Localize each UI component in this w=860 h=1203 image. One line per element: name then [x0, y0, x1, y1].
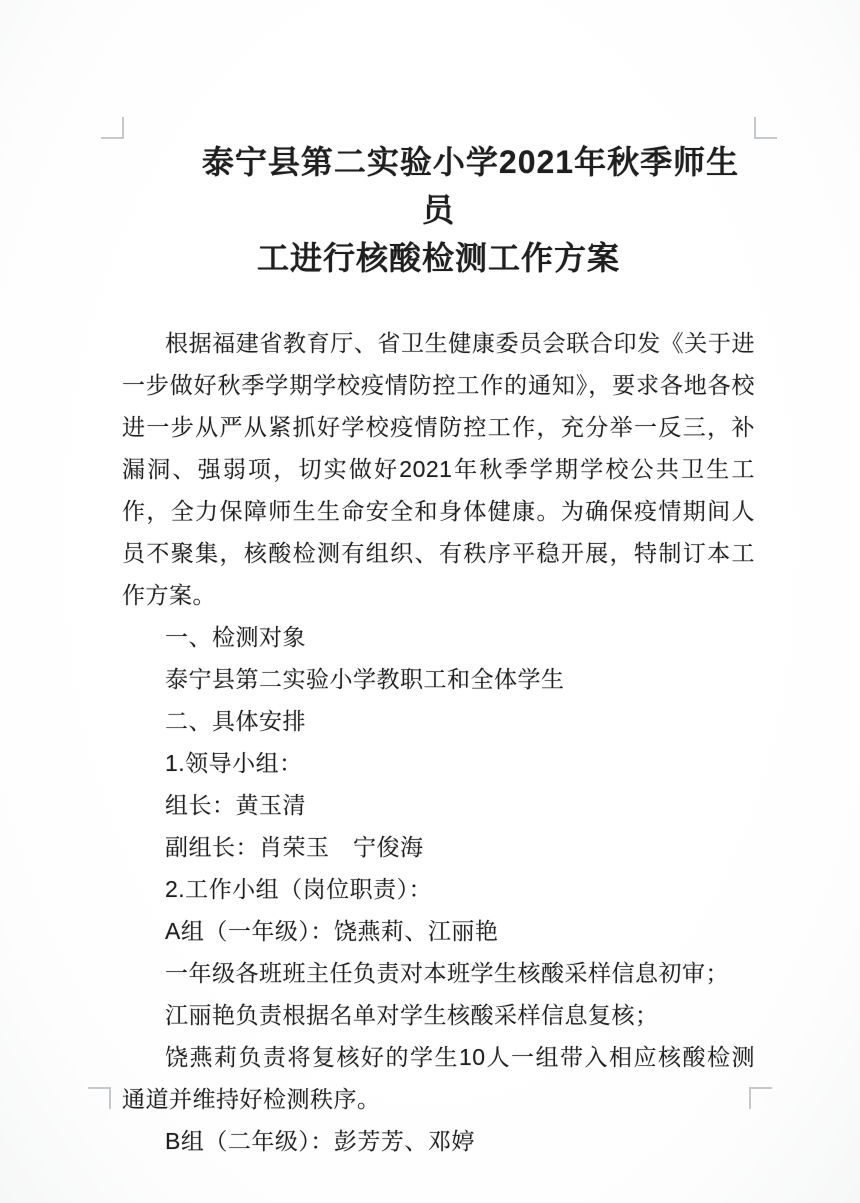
paragraph-test-targets: 泰宁县第二实验小学教职工和全体学生 — [122, 658, 755, 700]
heading-arrangements: 二、具体安排 — [122, 700, 755, 742]
text-boundary-mark-bottom-left — [88, 1087, 111, 1109]
paragraph-group-b: B组（二年级）：彭芳芳、邓婷 — [122, 1120, 755, 1162]
paragraph-intro: 根据福建省教育厅、省卫生健康委员会联合印发《关于进一步做好秋季学期学校疫情防控工… — [122, 322, 755, 616]
text-boundary-mark-top-right — [754, 117, 777, 139]
paragraph-deputy-leaders: 副组长：肖荣玉 宁俊海 — [122, 826, 755, 868]
paragraph-group-a: A组（一年级）：饶燕莉、江丽艳 — [122, 910, 755, 952]
document-title: 泰宁县第二实验小学2021年秋季师生员 工进行核酸检测工作方案 — [122, 138, 755, 282]
heading-leading-group: 1.领导小组： — [122, 742, 755, 784]
document-photo: 泰宁县第二实验小学2021年秋季师生员 工进行核酸检测工作方案 根据福建省教育厅… — [0, 0, 860, 1203]
text-boundary-mark-top-left — [101, 117, 124, 139]
paragraph-group-leader: 组长：黄玉清 — [122, 784, 755, 826]
paragraph-group-a-duty-1: 一年级各班班主任负责对本班学生核酸采样信息初审； — [122, 952, 755, 994]
document-body: 根据福建省教育厅、省卫生健康委员会联合印发《关于进一步做好秋季学期学校疫情防控工… — [122, 322, 755, 1162]
heading-work-groups: 2.工作小组（岗位职责）： — [122, 868, 755, 910]
paragraph-group-a-duty-2: 江丽艳负责根据名单对学生核酸采样信息复核； — [122, 994, 755, 1036]
document-text-area: 泰宁县第二实验小学2021年秋季师生员 工进行核酸检测工作方案 根据福建省教育厅… — [122, 138, 755, 1162]
heading-test-targets: 一、检测对象 — [122, 616, 755, 658]
paragraph-group-a-duty-3: 饶燕莉负责将复核好的学生10人一组带入相应核酸检测通道并维持好检测秩序。 — [122, 1036, 755, 1120]
